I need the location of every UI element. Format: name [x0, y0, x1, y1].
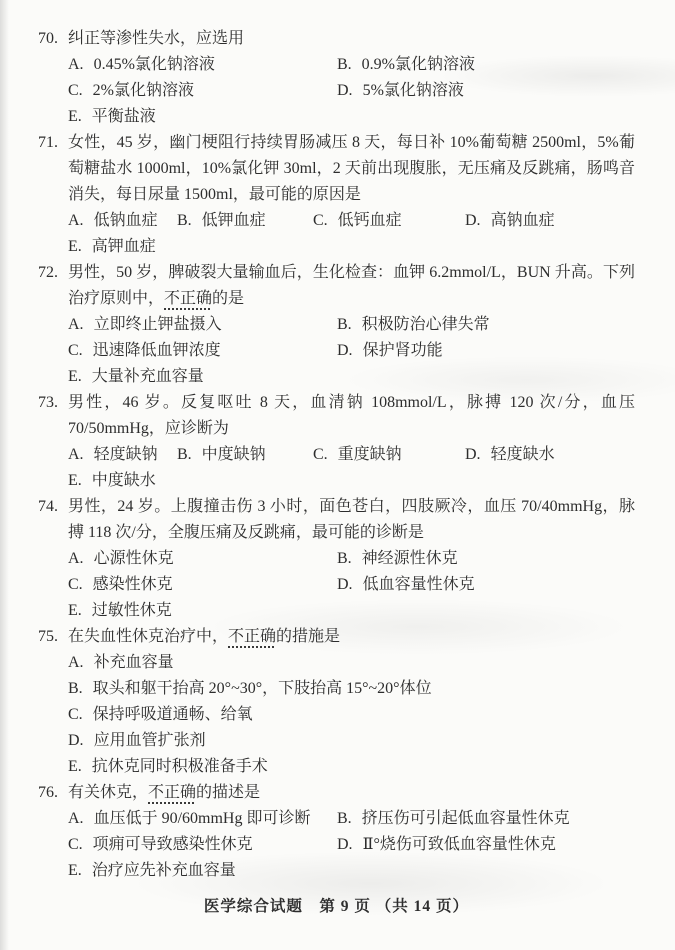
option-label: B.: [337, 312, 352, 338]
option: D.应用血管扩张剂: [68, 728, 635, 754]
option-text: 积极防治心律失常: [362, 316, 490, 333]
question-number: 70.: [38, 26, 68, 130]
option-label: D.: [337, 832, 353, 858]
exam-page: 70. 纠正等渗性失水，应选用 A.0.45%氯化钠溶液 B.0.9%氯化钠溶液…: [0, 0, 675, 920]
option-label: B.: [337, 806, 352, 832]
option-label: A.: [68, 208, 84, 234]
option: A.轻度缺钠: [68, 442, 177, 468]
option: B.中度缺钠: [177, 442, 313, 468]
question-72: 72. 男性，50 岁，脾破裂大量输血后，生化检查：血钾 6.2mmol/L，B…: [38, 260, 635, 390]
option: B.神经源性休克: [337, 546, 635, 572]
option-label: C.: [313, 442, 328, 468]
option-text: Ⅱ°烧伤可致低血容量性休克: [363, 836, 556, 853]
options: A.补充血容量 B.取头和躯干抬高 20°~30°，下肢抬高 15°~20°体位…: [68, 650, 635, 780]
option-text: 血压低于 90/60mmHg 即可诊断: [94, 810, 311, 827]
option-label: B.: [177, 208, 192, 234]
option-text: 低钾血症: [202, 212, 266, 229]
option-text: 2%氯化钠溶液: [93, 82, 194, 99]
question-number: 73.: [38, 390, 68, 494]
option: D.Ⅱ°烧伤可致低血容量性休克: [337, 832, 635, 858]
question-76: 76. 有关休克，不正确的描述是 A.血压低于 90/60mmHg 即可诊断 B…: [38, 780, 635, 884]
option: C.2%氯化钠溶液: [68, 78, 337, 104]
question-stem: 纠正等渗性失水，应选用: [68, 26, 635, 52]
option-text: 低钙血症: [338, 212, 402, 229]
option-label: E.: [68, 754, 82, 780]
option-label: D.: [465, 442, 481, 468]
option-label: B.: [68, 676, 83, 702]
options: A.0.45%氯化钠溶液 B.0.9%氯化钠溶液 C.2%氯化钠溶液 D.5%氯…: [68, 52, 635, 130]
option-label: E.: [68, 364, 82, 390]
option-label: C.: [68, 338, 83, 364]
option-text: 迅速降低血钾浓度: [93, 342, 221, 359]
options: A.低钠血症 B.低钾血症 C.低钙血症 D.高钠血症 E.高钾血症: [68, 208, 635, 260]
option-text: 过敏性休克: [92, 602, 172, 619]
question-stem: 男性，46 岁。反复呕吐 8 天，血清钠 108mmol/L，脉搏 120 次/…: [68, 390, 635, 442]
option-label: D.: [465, 208, 481, 234]
question-stem: 有关休克，不正确的描述是: [68, 780, 635, 806]
option-text: 取头和躯干抬高 20°~30°，下肢抬高 15°~20°体位: [93, 680, 432, 697]
option-text: 低钠血症: [94, 212, 158, 229]
option-label: C.: [68, 78, 83, 104]
question-number: 74.: [38, 494, 68, 624]
option: C.重度缺钠: [313, 442, 465, 468]
option: D.低血容量性休克: [337, 572, 635, 598]
question-stem: 女性，45 岁，幽门梗阻行持续胃肠减压 8 天，每日补 10%葡萄糖 2500m…: [68, 130, 635, 208]
page-footer: 医学综合试题 第 9 页 （共 14 页）: [38, 894, 635, 920]
option-label: B.: [337, 52, 352, 78]
option-text: 立即终止钾盐摄入: [94, 316, 222, 333]
question-number: 71.: [38, 130, 68, 260]
option: A.心源性休克: [68, 546, 337, 572]
option-text: 项痈可导致感染性休克: [93, 836, 253, 853]
option-text: 感染性休克: [93, 576, 173, 593]
option-label: E.: [68, 468, 82, 494]
option: A.立即终止钾盐摄入: [68, 312, 337, 338]
stem-text: 男性，46 岁。反复呕吐 8 天，血清钠 108mmol/L，脉搏 120 次/…: [68, 394, 635, 437]
question-stem: 在失血性休克治疗中，不正确的措施是: [68, 624, 635, 650]
stem-text: 的是: [212, 290, 244, 307]
question-stem: 男性，50 岁，脾破裂大量输血后，生化检查：血钾 6.2mmol/L，BUN 升…: [68, 260, 635, 312]
option-text: 轻度缺钠: [94, 446, 158, 463]
option: B.积极防治心律失常: [337, 312, 635, 338]
question-number: 75.: [38, 624, 68, 780]
option-label: C.: [68, 572, 83, 598]
option-text: 5%氯化钠溶液: [363, 82, 464, 99]
question-stem: 男性，24 岁。上腹撞击伤 3 小时，面色苍白，四肢厥冷，血压 70/40mmH…: [68, 494, 635, 546]
option-text: 补充血容量: [94, 654, 174, 671]
stem-emphasis: 不正确: [164, 290, 212, 307]
option: D.5%氯化钠溶液: [337, 78, 635, 104]
option: A.低钠血症: [68, 208, 177, 234]
question-70: 70. 纠正等渗性失水，应选用 A.0.45%氯化钠溶液 B.0.9%氯化钠溶液…: [38, 26, 635, 130]
options: A.轻度缺钠 B.中度缺钠 C.重度缺钠 D.轻度缺水 E.中度缺水: [68, 442, 635, 494]
question-74: 74. 男性，24 岁。上腹撞击伤 3 小时，面色苍白，四肢厥冷，血压 70/4…: [38, 494, 635, 624]
option: E.大量补充血容量: [68, 364, 337, 390]
option-label: C.: [68, 702, 83, 728]
option-text: 保护肾功能: [363, 342, 443, 359]
option: D.轻度缺水: [465, 442, 635, 468]
question-75: 75. 在失血性休克治疗中，不正确的措施是 A.补充血容量 B.取头和躯干抬高 …: [38, 624, 635, 780]
option-text: 大量补充血容量: [92, 368, 204, 385]
option-text: 高钠血症: [491, 212, 555, 229]
option-label: A.: [68, 442, 84, 468]
option: C.感染性休克: [68, 572, 337, 598]
option: C.低钙血症: [313, 208, 465, 234]
option-text: 保持呼吸道通畅、给氧: [93, 706, 253, 723]
option-label: A.: [68, 546, 84, 572]
stem-text: 女性，45 岁，幽门梗阻行持续胃肠减压 8 天，每日补 10%葡萄糖 2500m…: [68, 134, 635, 203]
option-label: E.: [68, 234, 82, 260]
option: A.0.45%氯化钠溶液: [68, 52, 337, 78]
option: A.血压低于 90/60mmHg 即可诊断: [68, 806, 337, 832]
options: A.血压低于 90/60mmHg 即可诊断 B.挤压伤可引起低血容量性休克 C.…: [68, 806, 635, 884]
question-number: 76.: [38, 780, 68, 884]
option-label: C.: [68, 832, 83, 858]
option: E.平衡盐液: [68, 104, 337, 130]
option-text: 抗休克同时积极准备手术: [92, 758, 268, 775]
option-label: A.: [68, 312, 84, 338]
stem-text: 的措施是: [276, 628, 340, 645]
option-label: D.: [337, 338, 353, 364]
option: E.抗休克同时积极准备手术: [68, 754, 635, 780]
option-text: 挤压伤可引起低血容量性休克: [362, 810, 570, 827]
question-73: 73. 男性，46 岁。反复呕吐 8 天，血清钠 108mmol/L，脉搏 12…: [38, 390, 635, 494]
option: E.中度缺水: [68, 468, 177, 494]
stem-emphasis: 不正确: [228, 628, 276, 645]
option: B.取头和躯干抬高 20°~30°，下肢抬高 15°~20°体位: [68, 676, 635, 702]
options: A.立即终止钾盐摄入 B.积极防治心律失常 C.迅速降低血钾浓度 D.保护肾功能…: [68, 312, 635, 390]
option-label: D.: [337, 572, 353, 598]
options: A.心源性休克 B.神经源性休克 C.感染性休克 D.低血容量性休克 E.过敏性…: [68, 546, 635, 624]
option: C.项痈可导致感染性休克: [68, 832, 337, 858]
option-label: E.: [68, 598, 82, 624]
option-text: 重度缺钠: [338, 446, 402, 463]
option: E.过敏性休克: [68, 598, 337, 624]
option-text: 平衡盐液: [92, 108, 156, 125]
option-label: A.: [68, 806, 84, 832]
option: D.高钠血症: [465, 208, 635, 234]
option-label: C.: [313, 208, 328, 234]
option-label: D.: [68, 728, 84, 754]
option: D.保护肾功能: [337, 338, 635, 364]
option-text: 轻度缺水: [491, 446, 555, 463]
option: B.低钾血症: [177, 208, 313, 234]
option-text: 中度缺钠: [202, 446, 266, 463]
option-text: 0.45%氯化钠溶液: [94, 56, 215, 73]
stem-text: 有关休克，: [68, 784, 148, 801]
option: C.保持呼吸道通畅、给氧: [68, 702, 635, 728]
stem-text: 在失血性休克治疗中，: [68, 628, 228, 645]
option-label: E.: [68, 104, 82, 130]
option: B.挤压伤可引起低血容量性休克: [337, 806, 635, 832]
option-label: A.: [68, 52, 84, 78]
stem-text: 男性，50 岁，脾破裂大量输血后，生化检查：血钾 6.2mmol/L，BUN 升…: [68, 264, 635, 307]
option-label: A.: [68, 650, 84, 676]
stem-text: 男性，24 岁。上腹撞击伤 3 小时，面色苍白，四肢厥冷，血压 70/40mmH…: [68, 498, 635, 541]
option-text: 高钾血症: [92, 238, 156, 255]
stem-emphasis: 不正确: [148, 784, 196, 801]
option-label: B.: [177, 442, 192, 468]
option-text: 心源性休克: [94, 550, 174, 567]
option: A.补充血容量: [68, 650, 635, 676]
question-number: 72.: [38, 260, 68, 390]
stem-text: 的描述是: [196, 784, 260, 801]
option: E.治疗应先补充血容量: [68, 858, 337, 884]
option-label: E.: [68, 858, 82, 884]
option-text: 低血容量性休克: [363, 576, 475, 593]
option: C.迅速降低血钾浓度: [68, 338, 337, 364]
stem-text: 纠正等渗性失水，应选用: [68, 30, 244, 47]
option-label: B.: [337, 546, 352, 572]
option-text: 应用血管扩张剂: [94, 732, 206, 749]
option: E.高钾血症: [68, 234, 177, 260]
option-text: 0.9%氯化钠溶液: [362, 56, 475, 73]
option: B.0.9%氯化钠溶液: [337, 52, 635, 78]
option-text: 治疗应先补充血容量: [92, 862, 236, 879]
option-text: 神经源性休克: [362, 550, 458, 567]
question-71: 71. 女性，45 岁，幽门梗阻行持续胃肠减压 8 天，每日补 10%葡萄糖 2…: [38, 130, 635, 260]
option-label: D.: [337, 78, 353, 104]
option-text: 中度缺水: [92, 472, 156, 489]
